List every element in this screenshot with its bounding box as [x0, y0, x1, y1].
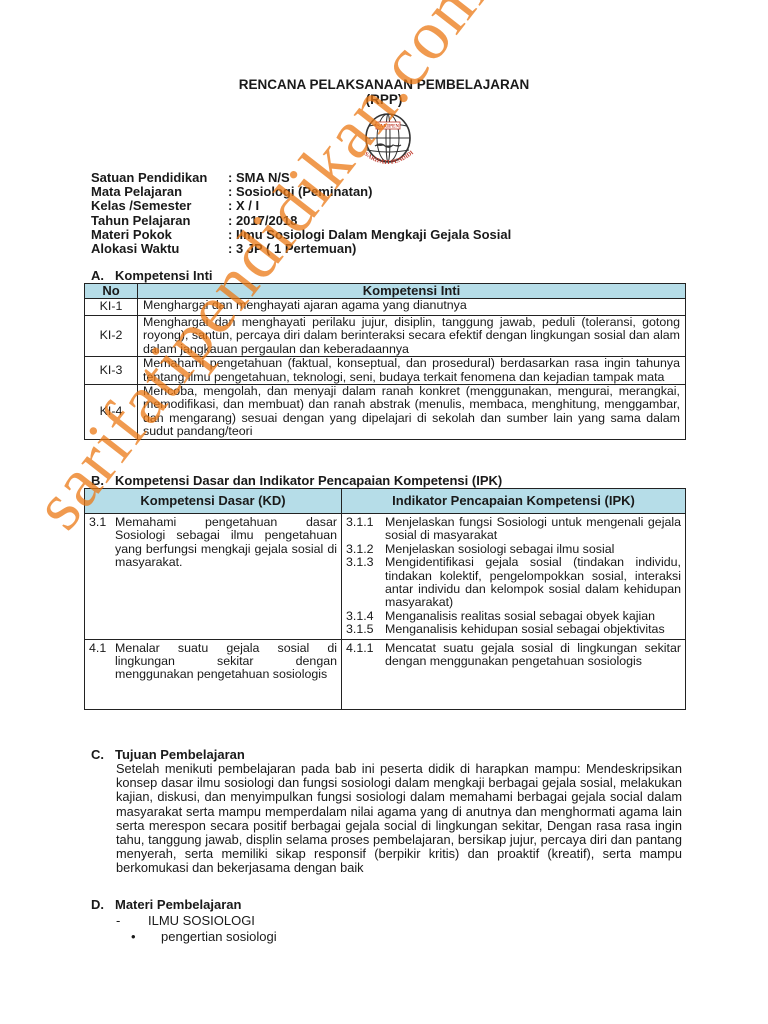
learning-objective-paragraph: Setelah menikuti pembelajaran pada bab i… — [116, 762, 682, 876]
ki-description: Menghargai dan menghayati perilaku jujur… — [138, 316, 686, 357]
ki-number: KI-3 — [85, 357, 138, 385]
identity-label: Tahun Pelajaran — [91, 214, 228, 228]
column-header: Indikator Pencapaian Kompetensi (IPK) — [342, 489, 686, 514]
ki-number: KI-1 — [85, 299, 138, 316]
kd-number: 4.1 — [89, 642, 115, 682]
identity-label: Materi Pokok — [91, 228, 228, 242]
table-row: 3.1Memahami pengetahuan dasar Sosiologi … — [85, 514, 686, 640]
list-item-text: ILMU SOSIOLOGI — [148, 913, 255, 928]
list-item: -ILMU SOSIOLOGI — [116, 913, 255, 928]
ipk-number: 3.1.2 — [346, 543, 385, 556]
list-subitem: •pengertian sosiologi — [131, 929, 277, 944]
ki-number: KI-4 — [85, 385, 138, 440]
ipk-text: Menjelaskan fungsi Sosiologi untuk menge… — [385, 516, 681, 543]
ipk-text: Menganalisis realitas sosial sebagai oby… — [385, 610, 681, 623]
section-b-heading: B.Kompetensi Dasar dan Indikator Pencapa… — [91, 473, 502, 488]
section-number: A. — [91, 268, 115, 283]
bullet-icon: • — [131, 929, 161, 944]
column-header: No — [85, 284, 138, 299]
ipk-cell: 4.1.1Mencatat suatu gejala sosial di lin… — [342, 639, 686, 709]
identity-value: : Ilmu Sosiologi Dalam Mengkaji Gejala S… — [228, 228, 511, 242]
ipk-text: Menganalisis kehidupan sosial sebagai ob… — [385, 623, 681, 636]
ipk-number: 3.1.4 — [346, 610, 385, 623]
section-title: Tujuan Pembelajaran — [115, 747, 245, 762]
section-title: Kompetensi Dasar dan Indikator Pencapaia… — [115, 473, 502, 488]
document-subtitle: (RPP) — [0, 92, 768, 107]
ipk-cell: 3.1.1Menjelaskan fungsi Sosiologi untuk … — [342, 514, 686, 640]
table-row: KI-2 Menghargai dan menghayati perilaku … — [85, 316, 686, 357]
ipk-text: Mengidentifikasi gejala sosial (tindakan… — [385, 556, 681, 610]
list-subitem-text: pengertian sosiologi — [161, 929, 277, 944]
ipk-text: Mencatat suatu gejala sosial di lingkung… — [385, 642, 681, 669]
section-title: Kompetensi Inti — [115, 268, 213, 283]
identity-value: : 3 JP ( 1 Pertemuan) — [228, 242, 356, 256]
column-header: Kompetensi Inti — [138, 284, 686, 299]
identity-label: Alokasi Waktu — [91, 242, 228, 256]
section-c-heading: C.Tujuan Pembelajaran — [91, 747, 245, 762]
ipk-number: 4.1.1 — [346, 642, 385, 669]
identity-value: : Sosiologi (Peminatan) — [228, 185, 372, 199]
kd-number: 3.1 — [89, 516, 115, 570]
kd-cell: 3.1Memahami pengetahuan dasar Sosiologi … — [85, 514, 342, 640]
identity-label: Mata Pelajaran — [91, 185, 228, 199]
section-title: Materi Pembelajaran — [115, 897, 241, 912]
dash-marker: - — [116, 913, 148, 928]
ki-description: Mencoba, mengolah, dan menyaji dalam ran… — [138, 385, 686, 440]
kompetensi-inti-table: No Kompetensi Inti KI-1 Menghargai dan m… — [84, 283, 686, 440]
ipk-text: Menjelaskan sosiologi sebagai ilmu sosia… — [385, 543, 681, 556]
identity-block: Satuan Pendidikan: SMA N/S Mata Pelajara… — [91, 171, 511, 256]
table-header-row: No Kompetensi Inti — [85, 284, 686, 299]
column-header: Kompetensi Dasar (KD) — [85, 489, 342, 514]
identity-label: Satuan Pendidikan — [91, 171, 228, 185]
document-title: RENCANA PELAKSANAAN PEMBELAJARAN — [0, 77, 768, 92]
identity-label: Kelas /Semester — [91, 199, 228, 213]
table-row: KI-4 Mencoba, mengolah, dan menyaji dala… — [85, 385, 686, 440]
kd-ipk-table: Kompetensi Dasar (KD) Indikator Pencapai… — [84, 488, 686, 710]
table-header-row: Kompetensi Dasar (KD) Indikator Pencapai… — [85, 489, 686, 514]
identity-value: : 2017/2018 — [228, 214, 297, 228]
document-page: RENCANA PELAKSANAAN PEMBELAJARAN (RPP) S… — [0, 0, 768, 1024]
table-row: KI-1 Menghargai dan menghayati ajaran ag… — [85, 299, 686, 316]
identity-value: : SMA N/S — [228, 171, 290, 185]
ki-number: KI-2 — [85, 316, 138, 357]
table-row: 4.1Menalar suatu gejala sosial di lingku… — [85, 639, 686, 709]
kd-text: Menalar suatu gejala sosial di lingkunga… — [115, 642, 337, 682]
globe-logo-icon: SARIPEN SARIFATI PENDIDIKAN — [351, 110, 425, 170]
ipk-number: 3.1.3 — [346, 556, 385, 610]
ipk-number: 3.1.5 — [346, 623, 385, 636]
kd-cell: 4.1Menalar suatu gejala sosial di lingku… — [85, 639, 342, 709]
section-number: D. — [91, 897, 115, 912]
identity-value: : X / I — [228, 199, 259, 213]
section-d-heading: D.Materi Pembelajaran — [91, 897, 241, 912]
section-number: C. — [91, 747, 115, 762]
section-number: B. — [91, 473, 115, 488]
kd-text: Memahami pengetahuan dasar Sosiologi seb… — [115, 516, 337, 570]
ipk-number: 3.1.1 — [346, 516, 385, 543]
svg-text:SARIPEN: SARIPEN — [377, 125, 399, 130]
ki-description: Menghargai dan menghayati ajaran agama y… — [138, 299, 686, 316]
section-a-heading: A.Kompetensi Inti — [91, 268, 213, 283]
ki-description: Memahami pengetahuan (faktual, konseptua… — [138, 357, 686, 385]
table-row: KI-3 Memahami pengetahuan (faktual, kons… — [85, 357, 686, 385]
